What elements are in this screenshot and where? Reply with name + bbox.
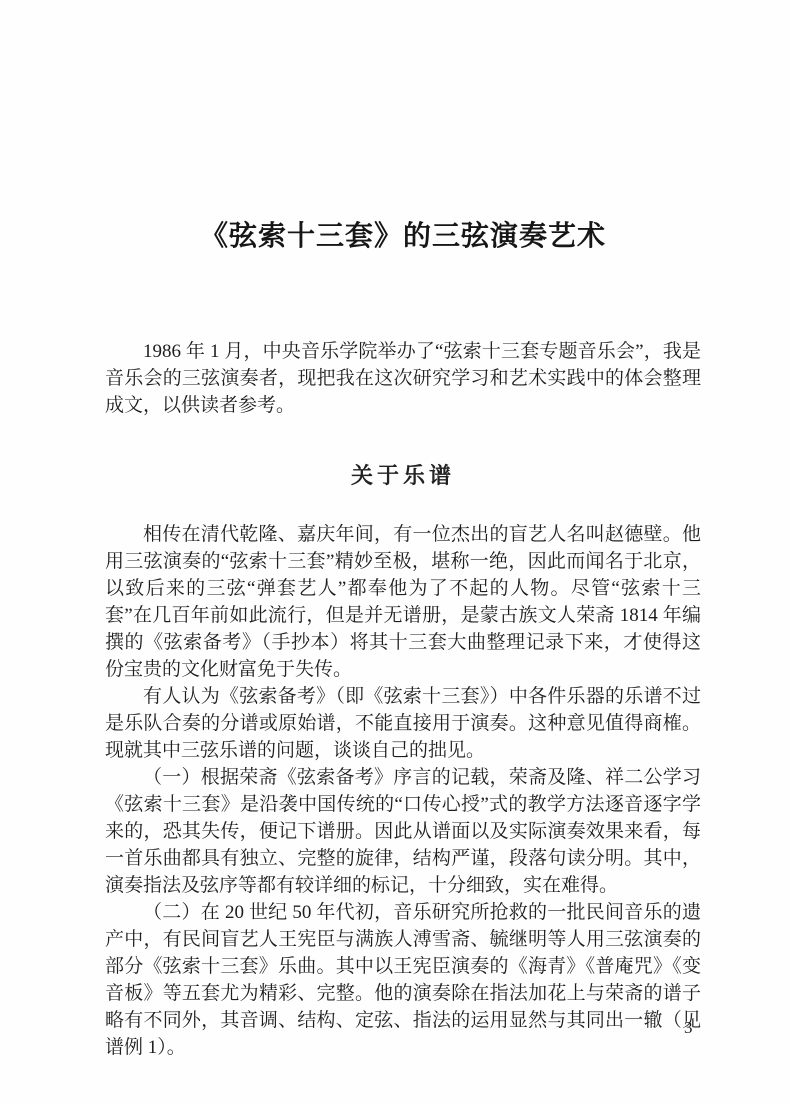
- body-paragraph: 相传在清代乾隆、嘉庆年间，有一位杰出的盲艺人名叫赵德壁。他用三弦演奏的“弦索十三…: [105, 521, 701, 683]
- intro-paragraph: 1986 年 1 月，中央音乐学院举办了“弦索十三套专题音乐会”，我是音乐会的三…: [105, 338, 701, 419]
- article-title: 《弦索十三套》的三弦演奏艺术: [105, 220, 701, 254]
- section-body: 相传在清代乾隆、嘉庆年间，有一位杰出的盲艺人名叫赵德壁。他用三弦演奏的“弦索十三…: [105, 521, 701, 1061]
- body-paragraph: （二）在 20 世纪 50 年代初，音乐研究所抢救的一批民间音乐的遗产中，有民间…: [105, 899, 701, 1061]
- section-heading: 关于乐谱: [105, 463, 701, 489]
- body-paragraph: （一）根据荣斋《弦索备考》序言的记载，荣斋及隆、祥二公学习《弦索十三套》是沿袭中…: [105, 764, 701, 899]
- page-content: 《弦索十三套》的三弦演奏艺术 1986 年 1 月，中央音乐学院举办了“弦索十三…: [105, 0, 701, 1061]
- book-page: 《弦索十三套》的三弦演奏艺术 1986 年 1 月，中央音乐学院举办了“弦索十三…: [0, 0, 790, 1104]
- body-paragraph: 有人认为《弦索备考》（即《弦索十三套》）中各件乐器的乐谱不过是乐队合奏的分谱或原…: [105, 683, 701, 764]
- page-number: 3: [684, 1018, 693, 1038]
